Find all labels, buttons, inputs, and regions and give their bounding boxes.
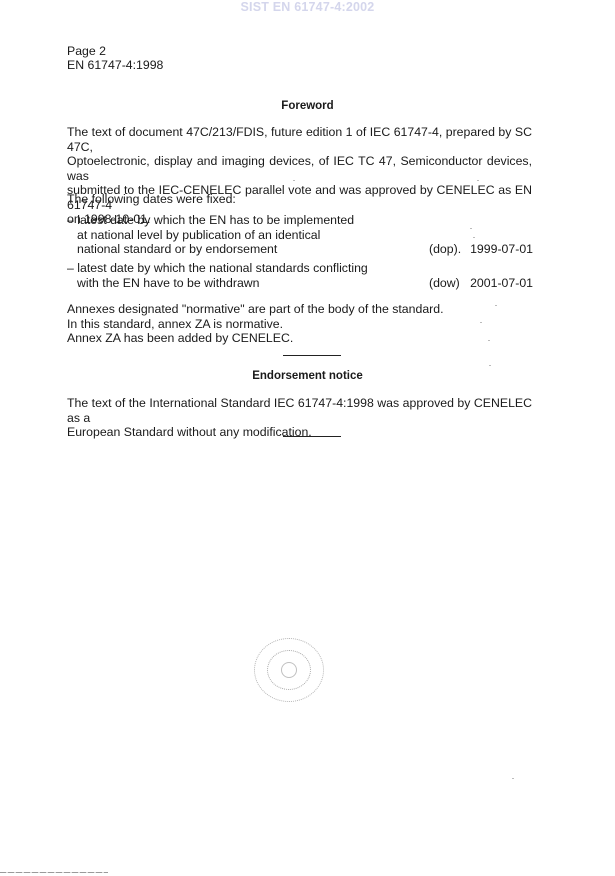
date-entry-line: national standard or by endorsement: [67, 242, 354, 257]
date-entry-dow: – latest date by which the national stan…: [67, 261, 533, 291]
endorsement-line: The text of the International Standard I…: [67, 396, 532, 425]
date-entry-line: with the EN have to be withdrawn: [67, 276, 368, 291]
foreword-intro-line: Optoelectronic, display and imaging devi…: [67, 154, 532, 183]
annex-line: Annex ZA has been added by CENELEC.: [67, 331, 532, 346]
date-entry-description: – latest date by which the national stan…: [67, 261, 368, 290]
endorsement-line: European Standard without any modificati…: [67, 425, 532, 440]
foreword-heading: Foreword: [0, 100, 615, 112]
date-entry-line: – latest date by which the EN has to be …: [67, 213, 354, 228]
date-code: (dop).: [429, 242, 461, 257]
date-entry-dop: – latest date by which the EN has to be …: [67, 213, 533, 257]
scan-artifact-line: [0, 872, 108, 873]
page-header: Page 2 EN 61747-4:1998: [67, 44, 163, 72]
annex-line: In this standard, annex ZA is normative.: [67, 317, 532, 332]
date-code: (dow): [429, 276, 460, 291]
seal-core: [281, 662, 297, 678]
annex-paragraph: Annexes designated "normative" are part …: [67, 302, 532, 346]
date-value: 1999-07-01: [470, 242, 533, 257]
dates-intro: The following dates were fixed:: [67, 192, 532, 207]
endorsement-paragraph: The text of the International Standard I…: [67, 396, 532, 440]
foreword-intro-paragraph: The text of document 47C/213/FDIS, futur…: [67, 125, 532, 227]
date-value: 2001-07-01: [470, 276, 533, 291]
seal-inner-ring: [267, 650, 311, 690]
endorsement-heading: Endorsement notice: [0, 370, 615, 382]
watermark: SIST EN 61747-4:2002: [0, 0, 615, 14]
document-id: EN 61747-4:1998: [67, 58, 163, 72]
foreword-intro-line: The text of document 47C/213/FDIS, futur…: [67, 125, 532, 154]
section-divider: [283, 436, 341, 437]
date-entry-line: at national level by publication of an i…: [67, 228, 354, 243]
date-entry-description: – latest date by which the EN has to be …: [67, 213, 354, 257]
annex-line: Annexes designated "normative" are part …: [67, 302, 532, 317]
section-divider: [283, 355, 341, 356]
page-number: Page 2: [67, 44, 163, 58]
date-entry-line: – latest date by which the national stan…: [67, 261, 368, 276]
library-seal-icon: [254, 638, 324, 702]
